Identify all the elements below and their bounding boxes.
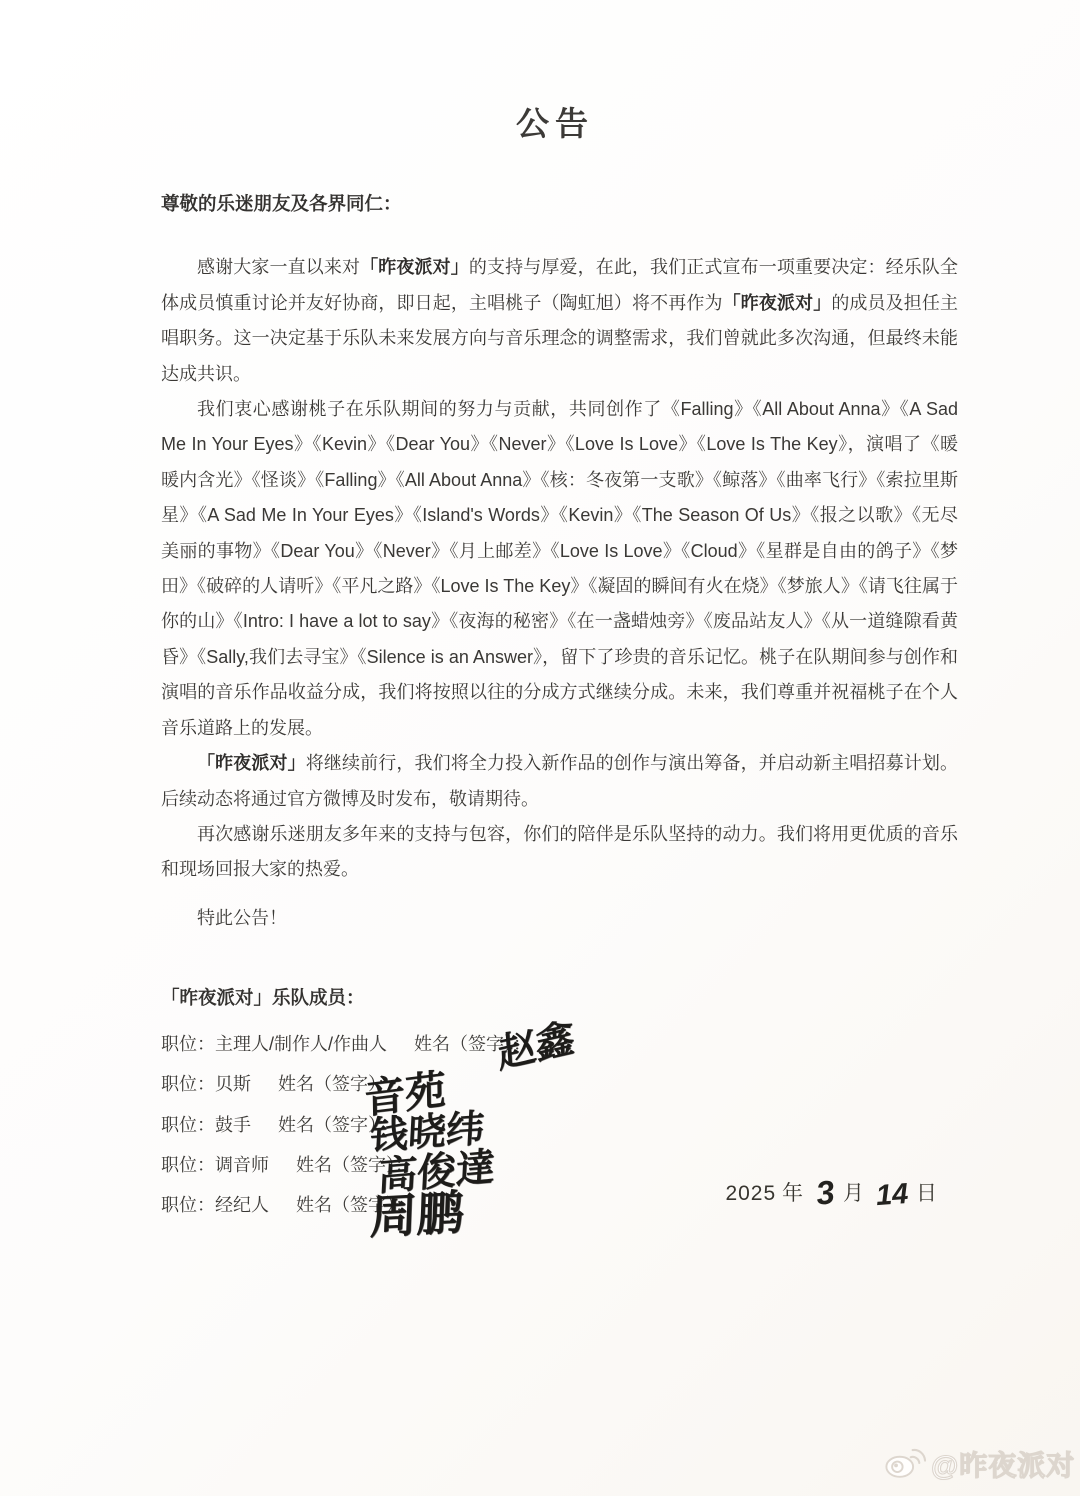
salutation: 尊敬的乐迷朋友及各界同仁： [161,186,958,221]
band-name-bold: 「昨夜派对」 [723,293,832,313]
position-label: 职位：主理人/制作人/作曲人 [161,1027,387,1062]
date-month-handwritten: 3 [814,1175,836,1210]
member-row: 职位：贝斯姓名（签字）： [161,1065,958,1105]
watermark-text: @昨夜派对 [931,1444,1075,1484]
band-name-bold: 「昨夜派对」 [197,753,306,773]
position-label: 职位：鼓手 [161,1108,251,1143]
date-year: 2025 [725,1182,776,1205]
announcement-document: 公告 尊敬的乐迷朋友及各界同仁： 感谢大家一直以来对「昨夜派对」的支持与厚爱，在… [0,0,1080,1496]
weibo-watermark: @昨夜派对 [884,1444,1075,1484]
closing-line: 特此公告！ [161,901,958,936]
date-day-handwritten: 14 [875,1180,909,1211]
date-year-suffix: 年 [782,1182,804,1205]
paragraph-text: 我们衷心感谢桃子在乐队期间的努力与贡献，共同创作了《Falling》《All A… [161,399,958,738]
band-name-bold: 「昨夜派对」 [360,257,469,277]
member-row: 职位：鼓手姓名（签字）： [161,1105,958,1145]
position-label: 职位：贝斯 [161,1067,251,1102]
body-paragraphs: 感谢大家一直以来对「昨夜派对」的支持与厚爱，在此，我们正式宣布一项重要决定：经乐… [161,250,958,887]
document-body: 尊敬的乐迷朋友及各界同仁： 感谢大家一直以来对「昨夜派对」的支持与厚爱，在此，我… [161,186,958,1226]
date-month-suffix: 月 [843,1182,865,1205]
members-header: 「昨夜派对」乐队成员： [161,980,958,1015]
paragraph: 感谢大家一直以来对「昨夜派对」的支持与厚爱，在此，我们正式宣布一项重要决定：经乐… [161,250,958,392]
date-day-suffix: 日 [916,1182,938,1205]
paragraph-text: 感谢大家一直以来对 [197,257,360,277]
page-title: 公告 [0,98,1080,145]
paragraph-text: 再次感谢乐迷朋友多年来的支持与包容，你们的陪伴是乐队坚持的动力。我们将用更优质的… [161,824,958,879]
date-line: 2025 年 3 月 14 日 [0,1176,938,1210]
paragraph: 「昨夜派对」将继续前行，我们将全力投入新作品的创作与演出筹备，并启动新主唱招募计… [161,746,958,817]
weibo-icon [884,1445,926,1484]
paragraph: 再次感谢乐迷朋友多年来的支持与包容，你们的陪伴是乐队坚持的动力。我们将用更优质的… [161,817,958,888]
paragraph: 我们衷心感谢桃子在乐队期间的努力与贡献，共同创作了《Falling》《All A… [161,392,958,746]
